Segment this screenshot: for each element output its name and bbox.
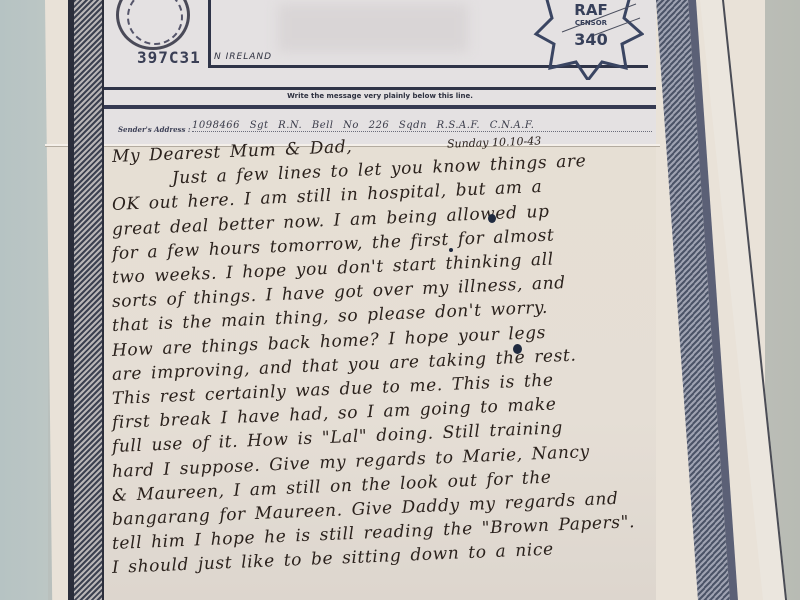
redacted-address xyxy=(278,4,468,52)
destination: N IRELAND xyxy=(214,52,272,62)
censor-label: CENSOR xyxy=(566,19,616,27)
letter-body: My Dearest Mum & Dad, Just a few lines t… xyxy=(112,145,672,581)
sender-address-label: Sender's Address : xyxy=(118,125,190,134)
divider xyxy=(104,87,656,90)
background-left xyxy=(0,0,48,600)
instruction-text: Write the message very plainly below thi… xyxy=(104,92,656,100)
ink-blot xyxy=(513,344,522,354)
divider xyxy=(104,105,656,109)
hatched-border-left xyxy=(68,0,104,600)
serial-number: 397C31 xyxy=(137,48,201,67)
ink-blot xyxy=(488,214,496,223)
censor-number: 340 xyxy=(566,30,616,49)
ink-blot xyxy=(449,248,453,252)
censor-raf: RAF xyxy=(566,1,616,19)
